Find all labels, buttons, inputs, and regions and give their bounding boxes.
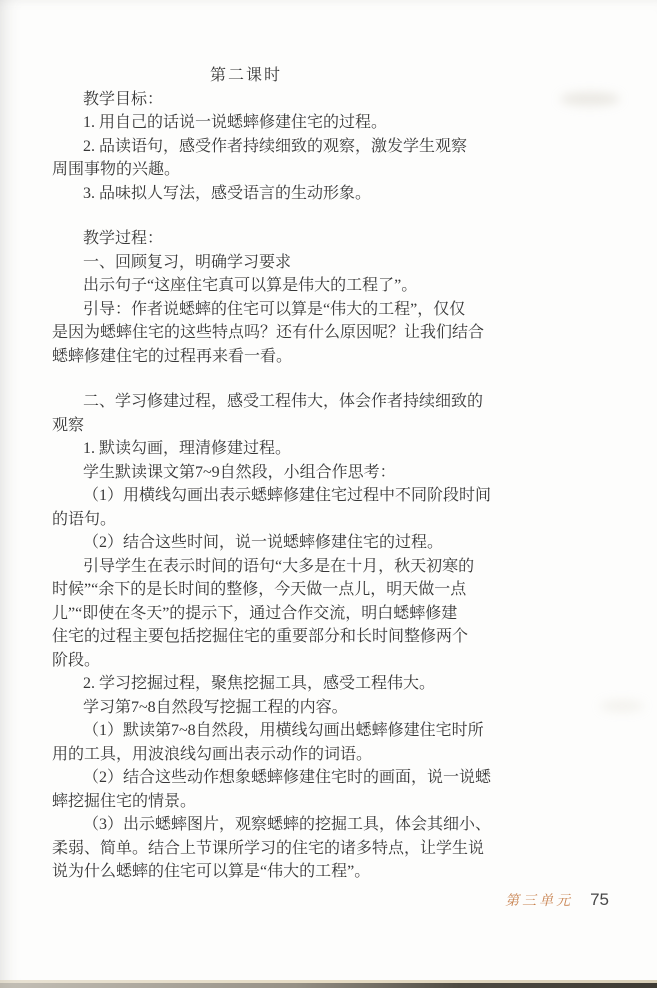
text-line: 2. 品读语句，感受作者持续细致的观察，激发学生观察 <box>52 135 484 159</box>
text-line: 说为什么蟋蟀的住宅可以算是“伟大的工程”。 <box>52 860 484 884</box>
text-line: （2）结合这些时间，说一说蟋蟀修建住宅的过程。 <box>52 531 484 555</box>
text-line: 1. 默读勾画，理清修建过程。 <box>52 437 484 461</box>
scan-edge-dark <box>0 983 657 988</box>
text-line: 的语句。 <box>52 508 484 532</box>
scanned-page: 第二课时 教学目标：1. 用自己的话说一说蟋蟀修建住宅的过程。2. 品读语句，感… <box>0 0 657 988</box>
text-line: 时候”“余下的是长时间的整修，今天做一点儿，明天做一点 <box>52 578 484 602</box>
text-line: 教学目标： <box>52 88 484 112</box>
text-line: 周围事物的兴趣。 <box>52 158 484 182</box>
text-line: 教学过程： <box>52 227 484 251</box>
text-lines-container: 教学目标：1. 用自己的话说一说蟋蟀修建住宅的过程。2. 品读语句，感受作者持续… <box>52 88 484 884</box>
text-line: 2. 学习挖掘过程，聚焦挖掘工具，感受工程伟大。 <box>52 672 484 696</box>
text-line: （1）默读第7~8自然段，用横线勾画出蟋蟀修建住宅时所 <box>52 719 484 743</box>
text-line: 蟋蟀修建住宅的过程再来看一看。 <box>52 345 484 369</box>
text-line: （2）结合这些动作想象蟋蟀修建住宅时的画面，说一说蟋 <box>52 766 484 790</box>
text-line: 用的工具，用波浪线勾画出表示动作的词语。 <box>52 743 484 767</box>
text-line: 学生默读课文第7~9自然段，小组合作思考： <box>52 461 484 485</box>
text-line: 住宅的过程主要包括挖掘住宅的重要部分和长时间整修两个 <box>52 625 484 649</box>
text-line: 蟀挖掘住宅的情景。 <box>52 790 484 814</box>
page-footer: 第三单元 75 <box>505 890 609 910</box>
text-line: 阶段。 <box>52 649 484 673</box>
text-line: 引导：作者说蟋蟀的住宅可以算是“伟大的工程”，仅仅 <box>52 298 484 322</box>
text-line: 儿”“即使在冬天”的提示下，通过合作交流，明白蟋蟀修建 <box>52 602 484 626</box>
text-line: （1）用横线勾画出表示蟋蟀修建住宅过程中不同阶段时间 <box>52 484 484 508</box>
text-line: 柔弱、简单。结合上节课所学习的住宅的诸多特点，让学生说 <box>52 837 484 861</box>
page-number: 75 <box>590 890 609 910</box>
text-line: 1. 用自己的话说一说蟋蟀修建住宅的过程。 <box>52 111 484 135</box>
unit-label: 第三单元 <box>505 890 573 910</box>
text-line: 二、学习修建过程，感受工程伟大，体会作者持续细致的 <box>52 390 484 414</box>
document-body: 第二课时 教学目标：1. 用自己的话说一说蟋蟀修建住宅的过程。2. 品读语句，感… <box>52 64 484 884</box>
text-line: 3. 品味拟人写法，感受语言的生动形象。 <box>52 182 484 206</box>
page-title: 第二课时 <box>52 64 484 88</box>
text-line: 学习第7~8自然段写挖掘工程的内容。 <box>52 696 484 720</box>
text-line: 出示句子“这座住宅真可以算是伟大的工程了”。 <box>52 274 484 298</box>
scan-smudge <box>600 700 644 712</box>
text-line: 观察 <box>52 414 484 438</box>
scan-smudge <box>560 92 620 106</box>
text-line: 是因为蟋蟀住宅的这些特点吗？还有什么原因呢？让我们结合 <box>52 321 484 345</box>
text-line: 一、回顾复习，明确学习要求 <box>52 251 484 275</box>
text-line: 引导学生在表示时间的语句“大多是在十月，秋天初寒的 <box>52 555 484 579</box>
text-line: （3）出示蟋蟀图片，观察蟋蟀的挖掘工具，体会其细小、 <box>52 813 484 837</box>
